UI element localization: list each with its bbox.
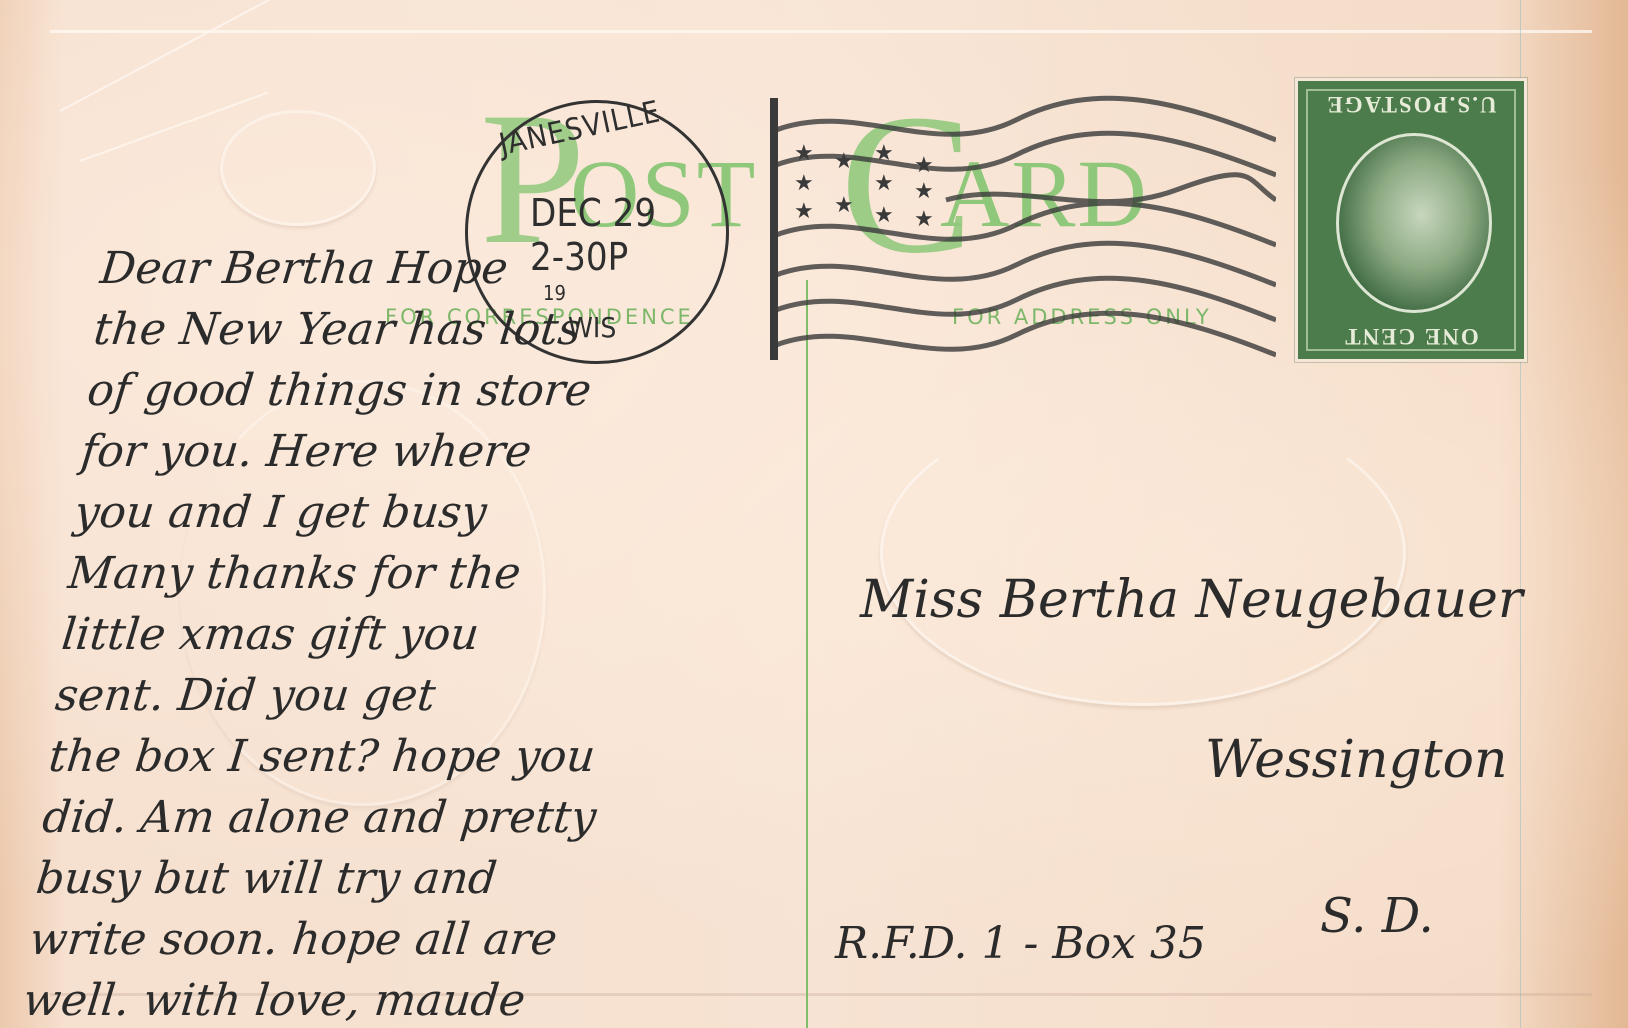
message-line: the New Year has lots bbox=[91, 299, 651, 360]
postcard: P OST C ARD FOR CORRESPONDENCE FOR ADDRE… bbox=[0, 0, 1628, 1028]
message-line: sent. Did you get bbox=[52, 665, 612, 726]
message-line: did. Am alone and pretty bbox=[40, 787, 600, 848]
stamp-denomination-text: ONE CENT bbox=[1308, 323, 1514, 349]
portrait-profile-icon bbox=[1336, 133, 1492, 313]
svg-text:★: ★ bbox=[874, 141, 894, 166]
message-line: you and I get busy bbox=[72, 482, 632, 543]
handwritten-message: Dear Bertha Hopethe New Year has lotsof … bbox=[20, 238, 657, 1028]
svg-text:★: ★ bbox=[914, 153, 934, 178]
embossed-design bbox=[880, 400, 1406, 706]
svg-text:★: ★ bbox=[914, 207, 934, 232]
svg-text:★: ★ bbox=[794, 141, 814, 166]
message-line: busy but will try and bbox=[33, 848, 593, 909]
svg-text:★: ★ bbox=[834, 149, 854, 174]
center-divider bbox=[806, 280, 808, 1028]
message-line: little xmas gift you bbox=[59, 604, 619, 665]
message-line: well. with love, maude bbox=[20, 970, 580, 1028]
svg-text:★: ★ bbox=[874, 203, 894, 228]
address-city: Wessington bbox=[1205, 730, 1507, 790]
svg-text:★: ★ bbox=[794, 199, 814, 224]
postage-stamp: U.S.POSTAGE ONE CENT bbox=[1295, 78, 1527, 362]
message-line: Many thanks for the bbox=[65, 543, 625, 604]
flag-cancel-icon: ★★★★ ★★★ ★★★★ bbox=[776, 90, 1276, 370]
message-line: of good things in store bbox=[84, 360, 644, 421]
svg-text:★: ★ bbox=[834, 193, 854, 218]
message-line: write soon. hope all are bbox=[27, 909, 587, 970]
postmark-date: DEC 29 bbox=[530, 191, 656, 235]
address-name: Miss Bertha Neugebauer bbox=[860, 570, 1523, 630]
svg-text:★: ★ bbox=[794, 171, 814, 196]
svg-text:★: ★ bbox=[914, 179, 934, 204]
message-line: the box I sent? hope you bbox=[46, 726, 606, 787]
address-route: R.F.D. 1 - Box 35 bbox=[835, 918, 1206, 969]
embossed-design bbox=[220, 110, 376, 226]
message-line: Dear Bertha Hope bbox=[97, 238, 657, 299]
svg-text:★: ★ bbox=[874, 171, 894, 196]
address-state: S. D. bbox=[1320, 888, 1434, 944]
stamp-country-text: U.S.POSTAGE bbox=[1308, 91, 1514, 117]
message-line: for you. Here where bbox=[78, 421, 638, 482]
